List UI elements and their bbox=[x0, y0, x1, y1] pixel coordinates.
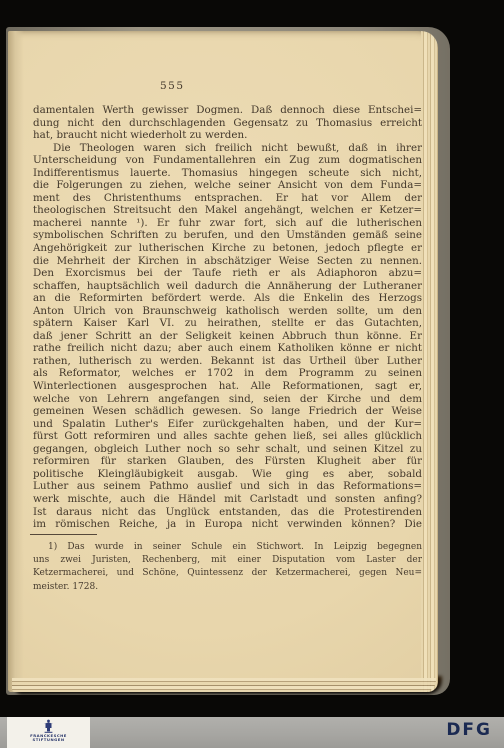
text-line: an die Reformirten befördert werde. Als … bbox=[33, 292, 422, 305]
text-line: spätern Kaiser Karl VI. zu heirathen, st… bbox=[33, 317, 422, 330]
footnote-line: Ketzermacherei, und Schöne, Quintessenz … bbox=[33, 567, 422, 580]
text-line: Anton Ulrich von Braunschweig katholisch… bbox=[33, 305, 422, 318]
text-line: und Spalatin Luther's Eifer zurückgehalt… bbox=[33, 418, 422, 431]
page-stack-right-edge bbox=[421, 31, 438, 692]
footnote-text: 1) Das wurde in seiner Schule ein Stichw… bbox=[33, 541, 422, 594]
footnote-rule bbox=[30, 534, 97, 535]
page-stack-bottom-edge bbox=[12, 678, 436, 692]
text-line: daß jener Schritt an der Seligkeit keine… bbox=[33, 330, 422, 343]
footnote-line: uns zwei Juristen, Rechenberg, mit einer… bbox=[33, 554, 422, 567]
text-line: werk mischte, auch die Händel mit Carlst… bbox=[33, 493, 422, 506]
text-line: gemeinen Wesen schädlich gewesen. So lan… bbox=[33, 405, 422, 418]
text-line: Angehörigkeit zur lutherischen Kirche zu… bbox=[33, 242, 422, 255]
text-line: damentalen Werth gewisser Dogmen. Daß de… bbox=[33, 104, 422, 117]
text-line: theologischen Streitsucht den Makel ange… bbox=[33, 204, 422, 217]
library-logo-icon bbox=[42, 719, 55, 733]
text-line: Den Exorcismus bei der Taufe rieth er al… bbox=[33, 267, 422, 280]
text-line: Indifferentismus lauerte. Thomasius hing… bbox=[33, 167, 422, 180]
text-line: welche von Lehrern angefangen sind, seie… bbox=[33, 393, 422, 406]
text-line: gegangen, obgleich Luther noch so sehr s… bbox=[33, 443, 422, 456]
text-line: Unterscheidung von Fundamentallehren ein… bbox=[33, 154, 422, 167]
book-page: 555 damentalen Werth gewisser Dogmen. Da… bbox=[8, 31, 438, 692]
library-logo-text: FRANCKESCHE STIFTUNGEN bbox=[30, 734, 67, 743]
page-number: 555 bbox=[160, 80, 200, 92]
text-line: hat, braucht nicht wiederholt zu werden. bbox=[33, 129, 422, 142]
text-line: als Reformator, welches er 1702 in dem P… bbox=[33, 367, 422, 380]
library-logo-text-line2: STIFTUNGEN bbox=[30, 738, 67, 742]
footnote-line: 1) Das wurde in seiner Schule ein Stichw… bbox=[33, 541, 422, 554]
dfg-logo: DFG bbox=[446, 720, 492, 740]
text-line: politische Kleingläubigkeit ausgab. Wie … bbox=[33, 468, 422, 481]
footer-bar: FRANCKESCHE STIFTUNGEN DFG bbox=[0, 717, 504, 748]
text-line: reformiren für starken Glauben, des Fürs… bbox=[33, 455, 422, 468]
text-line: symbolischen Schriften zu berufen, und d… bbox=[33, 229, 422, 242]
text-line: dung nicht den durchschlagenden Gegensat… bbox=[33, 117, 422, 130]
body-text: damentalen Werth gewisser Dogmen. Daß de… bbox=[33, 104, 422, 531]
text-line: Ist daraus nicht das Unglück entstanden,… bbox=[33, 506, 422, 519]
text-line: die Folgerungen zu ziehen, welche seiner… bbox=[33, 179, 422, 192]
footnote-line: meister. 1728. bbox=[33, 581, 422, 594]
text-line: Die Theologen waren sich freilich nicht … bbox=[33, 142, 422, 155]
text-line: ment des Christenthums entsprachen. Er h… bbox=[33, 192, 422, 205]
scan-photo: 555 damentalen Werth gewisser Dogmen. Da… bbox=[0, 0, 504, 748]
text-line: Luther aus seinem Pathmo auslief und sic… bbox=[33, 480, 422, 493]
text-line: Winterlectionen ausgesprochen hat. Alle … bbox=[33, 380, 422, 393]
text-line: schaffen, hauptsächlich weil dadurch die… bbox=[33, 280, 422, 293]
text-line: die Mehrheit der Kirchen in abschätziger… bbox=[33, 255, 422, 268]
text-line: rathe freilich nicht dazu; aber auch ein… bbox=[33, 342, 422, 355]
text-line: im römischen Reiche, ja in Europa nicht … bbox=[33, 518, 422, 531]
binding-gutter bbox=[8, 31, 24, 692]
text-line: fürst Gott reformiren und alles sachte g… bbox=[33, 430, 422, 443]
text-line: rathen, lutherisch zu werden. Bekannt is… bbox=[33, 355, 422, 368]
text-line: macherei nannte ¹). Er fuhr zwar fort, s… bbox=[33, 217, 422, 230]
library-logo: FRANCKESCHE STIFTUNGEN bbox=[7, 717, 90, 748]
